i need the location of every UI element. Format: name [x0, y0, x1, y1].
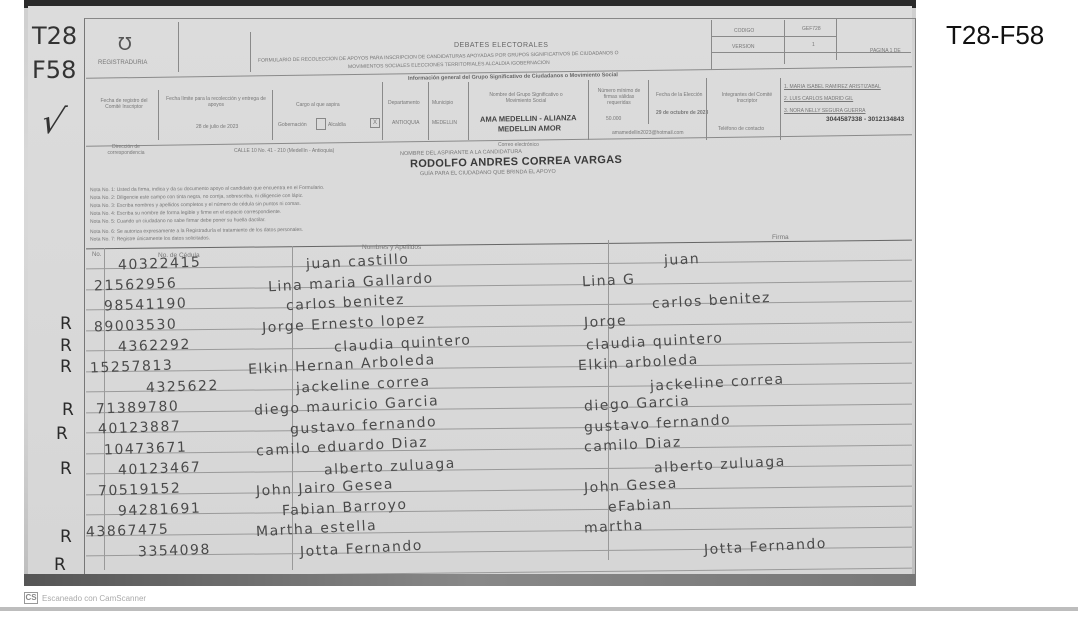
revision-mark: R [60, 336, 72, 356]
version-label: VERSION [732, 44, 755, 50]
fecha-eleccion-value: 29 de octubre de 2023 [656, 110, 708, 116]
firmas-label: Número mínimo de firmas válidas requerid… [594, 88, 644, 106]
firma-cell: Jorge [584, 312, 628, 330]
divider [178, 22, 179, 72]
cedula-cell: 10473671 [104, 439, 188, 458]
cedula-cell: 21562956 [94, 275, 178, 294]
cedula-cell: 15257813 [90, 357, 174, 376]
camscanner-icon: CS [24, 592, 38, 604]
alcaldia-checkbox[interactable]: X [370, 118, 380, 128]
cedula-cell: 4362292 [118, 337, 191, 356]
firma-cell: eFabian [608, 496, 673, 515]
departamento-value: ANTIOQUIA [392, 120, 420, 126]
form-paper: T28 F58 √ ℧ REGISTRADURIA DEBATES ELECTO… [28, 6, 912, 574]
divider [468, 82, 469, 140]
municipio-value: MEDELLIN [432, 120, 457, 126]
camscanner-footer: CS Escaneado con CamScanner [24, 588, 916, 608]
note: Nota No. 7: Registre únicamente los dato… [90, 235, 210, 242]
grupo-label: Nombre del Grupo Significativo o Movimie… [476, 92, 576, 104]
firma-cell: martha [584, 517, 645, 536]
comite-member-2: 2. LUIS CARLOS MADRID GIL [784, 96, 853, 102]
fecha-registro-label: Fecha de registro del Comité Inscriptor [94, 98, 154, 110]
divider [428, 82, 429, 140]
divider [780, 78, 781, 140]
alcaldia-label: Alcaldía [328, 122, 346, 128]
direccion-label: Dirección de correspondencia [98, 144, 154, 156]
revision-mark: R [60, 314, 72, 334]
revision-mark: R [60, 459, 72, 479]
col-no-header: No. [92, 252, 101, 258]
fecha-limite-label: Fecha límite para la recolección y entre… [166, 96, 266, 108]
firma-cell: Lina G [582, 271, 636, 290]
col-firma-header: Firma [772, 234, 789, 241]
margin-t28: T28 [32, 22, 77, 50]
cargo-label: Cargo al que aspira [296, 102, 340, 108]
revision-mark: R [54, 555, 66, 575]
document-label: T28-F58 [946, 20, 1044, 51]
form-title: DEBATES ELECTORALES [454, 42, 548, 49]
divider [588, 80, 589, 140]
cedula-cell: 40123467 [118, 460, 202, 479]
divider [784, 20, 785, 64]
grupo-value-2: MEDELLIN AMOR [498, 123, 561, 133]
registraduria-logo-icon: ℧ [118, 34, 132, 55]
divider [272, 90, 273, 140]
cedula-cell: 94281691 [118, 501, 202, 520]
divider [382, 82, 383, 140]
gobernacion-checkbox[interactable] [316, 118, 326, 130]
comite-member-1: 1. MARIA ISABEL RAMIREZ ARISTIZABAL [784, 84, 881, 90]
departamento-label: Departamento [388, 100, 420, 106]
page-note: PAGINA 1 DE [870, 48, 901, 54]
grupo-value-1: AMA MEDELLIN - ALIANZA [480, 113, 577, 124]
cedula-cell: 89003530 [94, 316, 178, 335]
cedula-cell: 43867475 [86, 521, 170, 540]
cedula-cell: 98541190 [104, 296, 188, 315]
revision-mark: R [60, 357, 72, 377]
codigo-label: CODIGO [734, 28, 754, 34]
firmas-value: 50.000 [606, 116, 621, 122]
bottom-divider [0, 607, 1078, 611]
municipio-label: Municipio [432, 100, 453, 106]
cedula-cell: 70519152 [98, 480, 182, 499]
scanned-document: T28 F58 √ ℧ REGISTRADURIA DEBATES ELECTO… [24, 0, 916, 586]
scan-edge-bottom [24, 574, 916, 586]
telefono-label: Teléfono de contacto [718, 126, 764, 132]
divider [711, 20, 712, 70]
revision-mark: R [56, 424, 68, 444]
cedula-cell: 4325622 [146, 378, 219, 397]
fecha-limite-value: 28 de julio de 2023 [196, 124, 238, 130]
gobernacion-label: Gobernación [278, 122, 307, 128]
revision-mark: R [60, 527, 72, 547]
correo-value: amamedellin2023@hotmail.com [612, 130, 684, 136]
check-mark-icon: √ [37, 102, 69, 142]
cedula-cell: 3354098 [138, 542, 211, 561]
col-nombre-header: Nombres y Apellidos [362, 244, 421, 251]
firma-cell: juan [664, 251, 701, 269]
cedula-cell: 40322415 [118, 255, 202, 274]
margin-f58: F58 [32, 56, 76, 84]
cedula-cell: 71389780 [96, 398, 180, 417]
revision-mark: R [62, 400, 74, 420]
comite-member-3: 3. NORA NELLY SEGURA GUERRA [784, 108, 866, 114]
telefono-value: 3044587338 - 3012134843 [826, 116, 904, 123]
divider [648, 80, 649, 124]
logo-text: REGISTRADURIA [98, 60, 147, 66]
cedula-cell: 40123887 [98, 419, 182, 438]
codigo-value: GEF728 [802, 26, 821, 32]
comite-label: Integrantes del Comité Inscriptor [712, 92, 782, 104]
fecha-eleccion-label: Fecha de la Elección [656, 92, 702, 98]
divider [711, 36, 837, 37]
correo-label: Correo electrónico [498, 142, 539, 148]
camscanner-text: Escaneado con CamScanner [42, 594, 146, 603]
divider [250, 32, 251, 72]
divider [158, 90, 159, 140]
divider [706, 78, 707, 140]
direccion-value: CALLE 10 No. 41 - 210 (Medellín - Antioq… [234, 148, 334, 154]
divider [836, 18, 837, 60]
version-value: 1 [812, 42, 815, 48]
